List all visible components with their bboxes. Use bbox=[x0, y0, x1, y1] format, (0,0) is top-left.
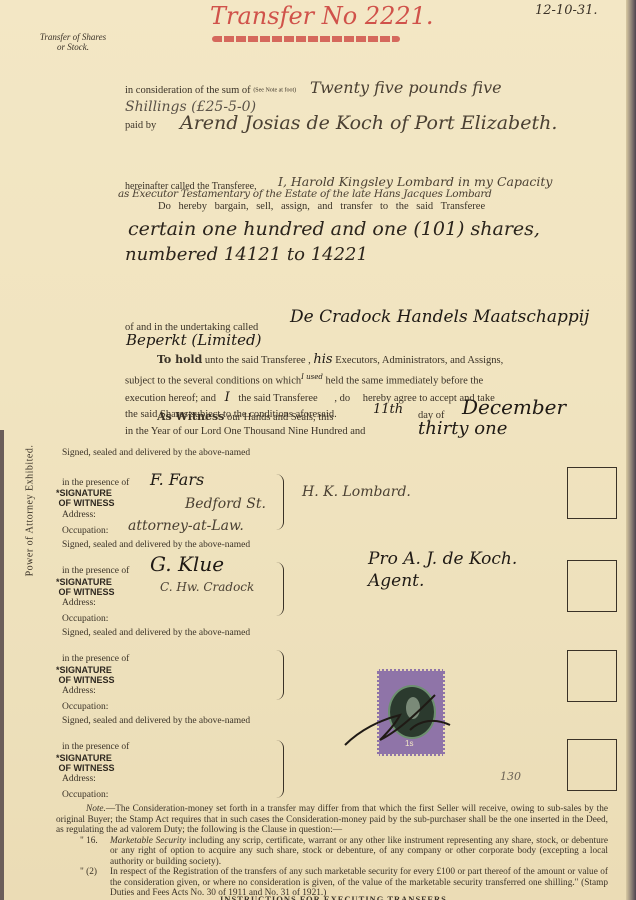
company-line2: Beperkt (Limited) bbox=[126, 331, 261, 349]
amount-words: Twenty five pounds five bbox=[310, 78, 502, 97]
habendum-line1b: Executors, Administrators, and Assigns, bbox=[335, 355, 503, 366]
payer-name: Arend Josias de Koch of Port Elizabeth. bbox=[180, 112, 557, 134]
presence-3: in the presence of bbox=[62, 654, 129, 664]
witness-label-2: *SIGNATURE OF WITNESS bbox=[56, 577, 115, 597]
witness-address-1: Bedford St. bbox=[185, 496, 266, 512]
date-note: 12-10-31. bbox=[535, 3, 598, 18]
page-left-shadow bbox=[0, 430, 4, 900]
footnote: Note.—The Consideration-money set forth … bbox=[56, 804, 608, 899]
witness-label-1b: OF WITNESS bbox=[59, 498, 115, 508]
brace-1 bbox=[275, 474, 284, 530]
witness-occupation-1: attorney-at-Law. bbox=[128, 518, 244, 534]
witness-label-4a: SIGNATURE bbox=[60, 753, 112, 763]
seal-box-3[interactable] bbox=[567, 650, 617, 702]
to-hold-lead: To hold bbox=[157, 353, 202, 366]
insert: I used bbox=[301, 373, 323, 381]
witness-label-2a: SIGNATURE bbox=[60, 577, 112, 587]
habendum-line3a: execution hereof; and bbox=[125, 393, 216, 404]
witness-year: thirty one bbox=[418, 418, 507, 439]
page-edge-shadow bbox=[626, 0, 636, 900]
instructions-heading: INSTRUCTIONS FOR EXECUTING TRANSFERS bbox=[220, 894, 447, 900]
witness-address-2: C. Hw. Cradock bbox=[160, 580, 254, 594]
stamp-value: 1s bbox=[405, 739, 413, 748]
paid-by-label: paid by bbox=[125, 120, 156, 131]
witness-label-1: *SIGNATURE OF WITNESS bbox=[56, 488, 115, 508]
shares-line1: certain one hundred and one (101) shares… bbox=[128, 218, 540, 240]
signed-sealed-2: Signed, sealed and delivered by the abov… bbox=[62, 540, 250, 550]
occupation-label-3: Occupation: bbox=[62, 702, 108, 712]
habendum-line1a: unto the said Transferee , bbox=[205, 355, 311, 366]
occupation-label-4: Occupation: bbox=[62, 790, 108, 800]
revenue-stamp: 1s bbox=[377, 669, 445, 756]
form-title: Transfer of Shares or Stock. bbox=[38, 32, 108, 52]
consideration-label: in consideration of the sum of (See Note… bbox=[125, 85, 296, 96]
witness-text: our Hands and Seals, this bbox=[227, 412, 333, 423]
occupation-label-1: Occupation: bbox=[62, 526, 108, 536]
shares-line2: numbered 14121 to 14221 bbox=[125, 244, 368, 265]
stamp-portrait-oval bbox=[388, 685, 436, 739]
habendum-line3b: the said Transferee bbox=[238, 393, 317, 404]
note-text: —The Consideration-money set forth in a … bbox=[56, 804, 608, 835]
presence-1: in the presence of bbox=[62, 478, 129, 488]
brace-4 bbox=[275, 740, 284, 798]
power-of-attorney-note: Power of Attorney Exhibited. bbox=[25, 421, 36, 601]
witness-label-4: *SIGNATURE OF WITNESS bbox=[56, 753, 115, 773]
habendum-line2b: held the same immediately before the bbox=[325, 376, 483, 387]
note-lead: Note. bbox=[86, 804, 106, 814]
transferor-line1: I, Harold Kingsley Lombard in my Capacit… bbox=[278, 174, 553, 189]
subject: I bbox=[219, 390, 236, 405]
witness-clause-line1: As Witness our Hands and Seals, this bbox=[157, 410, 333, 423]
witness-signature-2: G. Klue bbox=[150, 552, 224, 576]
witness-signature-1: F. Fars bbox=[150, 470, 204, 489]
brace-2 bbox=[275, 562, 284, 616]
transferor-line2: as Executor Testamentary of the Estate o… bbox=[118, 188, 492, 200]
pencil-note: 130 bbox=[500, 770, 521, 783]
pronoun: his bbox=[313, 352, 332, 367]
consideration-prefix: in consideration of the sum of bbox=[125, 85, 251, 96]
witness-label-1a: SIGNATURE bbox=[60, 488, 112, 498]
witness-label-2b: OF WITNESS bbox=[59, 587, 115, 597]
signed-sealed-1: Signed, sealed and delivered by the abov… bbox=[62, 448, 250, 458]
habendum-line2a: subject to the several conditions on whi… bbox=[125, 376, 301, 387]
party-signature-1: H. K. Lombard. bbox=[302, 484, 411, 500]
brace-3 bbox=[275, 650, 284, 700]
witness-label-3a: SIGNATURE bbox=[60, 665, 112, 675]
occupation-label-2: Occupation: bbox=[62, 614, 108, 624]
year-text: in the Year of our Lord One Thousand Nin… bbox=[125, 426, 365, 437]
address-label-4: Address: bbox=[62, 774, 96, 784]
red-underline bbox=[212, 36, 400, 42]
address-label-3: Address: bbox=[62, 686, 96, 696]
witness-day: 11th bbox=[373, 402, 403, 417]
address-label-1: Address: bbox=[62, 510, 96, 520]
clause-16-num: " 16. bbox=[80, 836, 110, 868]
witness-month: December bbox=[462, 395, 566, 419]
address-label-2: Address: bbox=[62, 598, 96, 608]
conveyance-text: Do hereby bargain, sell, assign, and tra… bbox=[158, 201, 485, 212]
transfer-number: Transfer No 2221. bbox=[210, 2, 434, 30]
seal-box-2[interactable] bbox=[567, 560, 617, 612]
signed-sealed-4: Signed, sealed and delivered by the abov… bbox=[62, 716, 250, 726]
presence-4: in the presence of bbox=[62, 742, 129, 752]
footnote-ref: (See Note at foot) bbox=[253, 88, 296, 94]
king-portrait-icon bbox=[406, 697, 420, 719]
clause-16-title: Marketable Security bbox=[110, 836, 186, 846]
seal-box-4[interactable] bbox=[567, 739, 617, 791]
witness-label-3: *SIGNATURE OF WITNESS bbox=[56, 665, 115, 685]
witness-label-4b: OF WITNESS bbox=[59, 763, 115, 773]
party-signature-2: Pro A. J. de Koch. Agent. bbox=[368, 548, 558, 592]
habendum-line3c: , do bbox=[320, 393, 350, 404]
company-line1: De Cradock Handels Maatschappij bbox=[290, 307, 589, 327]
witness-label-3b: OF WITNESS bbox=[59, 675, 115, 685]
as-witness-lead: As Witness bbox=[157, 410, 224, 423]
seal-box-1[interactable] bbox=[567, 467, 617, 519]
signed-sealed-3: Signed, sealed and delivered by the abov… bbox=[62, 628, 250, 638]
clause-2-num: " (2) bbox=[80, 867, 110, 899]
presence-2: in the presence of bbox=[62, 566, 129, 576]
